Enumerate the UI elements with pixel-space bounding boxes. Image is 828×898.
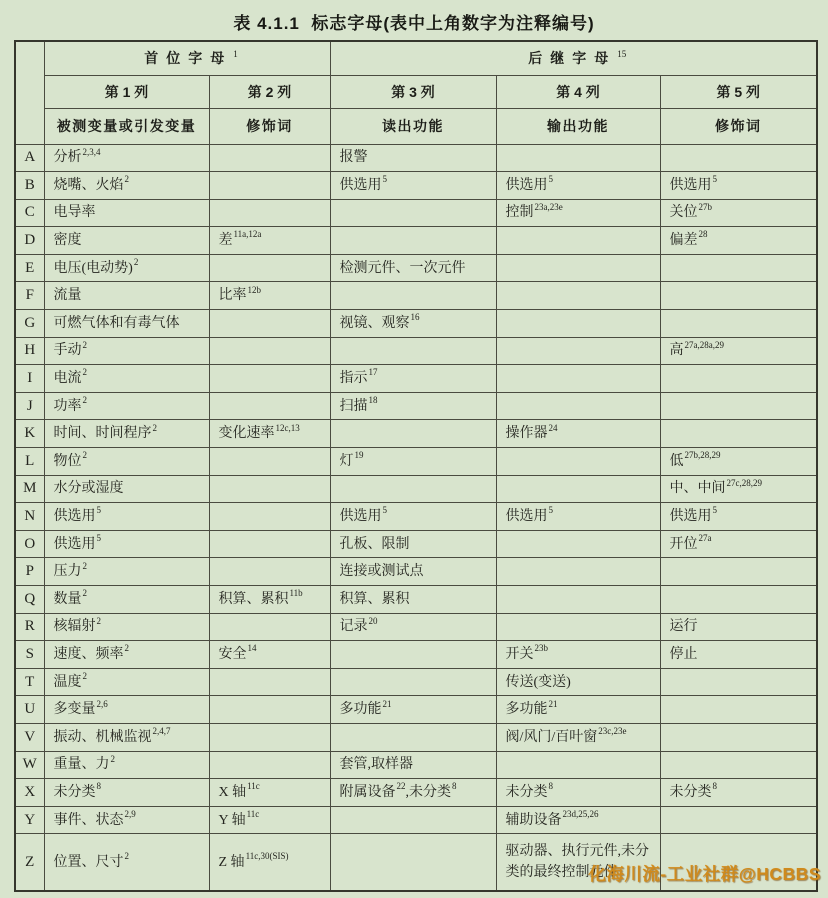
row-letter: P [15, 558, 44, 586]
cell-col3: 检测元件、一次元件 [330, 254, 496, 282]
cell-col5: 供选用5 [660, 503, 817, 531]
header-col-4: 第 4 列 [496, 75, 660, 108]
note-superscript: 2,9 [125, 809, 136, 819]
cell-col4: 辅助设备23d,25,26 [496, 806, 660, 834]
row-letter: L [15, 448, 44, 476]
cell-col4: 操作器24 [496, 420, 660, 448]
cell-col3: 连接或测试点 [330, 558, 496, 586]
note-superscript: 22 [397, 781, 406, 791]
row-letter: S [15, 641, 44, 669]
note-superscript: 28 [699, 229, 708, 239]
cell-col2 [209, 558, 330, 586]
cell-col2 [209, 530, 330, 558]
note-superscript: 5 [383, 505, 388, 515]
cell-col4 [496, 337, 660, 365]
table-row-X: X未分类8X 轴11c附属设备22,未分类8未分类8未分类8 [15, 779, 817, 807]
note-superscript: 20 [369, 616, 378, 626]
note-superscript: 2 [83, 367, 88, 377]
cell-col4 [496, 448, 660, 476]
cell-col5 [660, 365, 817, 393]
cell-col3 [330, 723, 496, 751]
cell-col2: 安全14 [209, 641, 330, 669]
row-letter: K [15, 420, 44, 448]
note-superscript: 2,6 [97, 699, 108, 709]
cell-col3: 积算、累积 [330, 586, 496, 614]
note-superscript: 5 [549, 174, 554, 184]
cell-col4 [496, 751, 660, 779]
cell-col4: 传送(变送) [496, 668, 660, 696]
cell-col4 [496, 613, 660, 641]
note-superscript: 27a,28a,29 [685, 340, 725, 350]
cell-col5: 高27a,28a,29 [660, 337, 817, 365]
cell-col3: 供选用5 [330, 503, 496, 531]
cell-col1: 未分类8 [44, 779, 209, 807]
cell-col5 [660, 144, 817, 172]
cell-col1: 手动2 [44, 337, 209, 365]
note-superscript: 5 [97, 505, 102, 515]
cell-col5: 运行 [660, 613, 817, 641]
table-row-R: R核辐射2记录20运行 [15, 613, 817, 641]
cell-col4: 控制23a,23e [496, 199, 660, 227]
cell-col4: 供选用5 [496, 172, 660, 200]
cell-col4 [496, 475, 660, 503]
header-desc-2: 修饰词 [209, 108, 330, 144]
cell-col5: 未分类8 [660, 779, 817, 807]
letter-column-header [15, 41, 44, 144]
cell-col3 [330, 227, 496, 255]
cell-col1: 位置、尺寸2 [44, 834, 209, 891]
note-superscript: 8 [452, 781, 457, 791]
header-succeeding-letters-label: 后继字母 [520, 50, 616, 66]
cell-col3 [330, 199, 496, 227]
note-superscript: 2 [83, 671, 88, 681]
note-superscript: 2 [83, 450, 88, 460]
cell-col1: 重量、力2 [44, 751, 209, 779]
cell-col4 [496, 586, 660, 614]
header-col-3: 第 3 列 [330, 75, 496, 108]
cell-col4: 供选用5 [496, 503, 660, 531]
note-superscript: 5 [713, 505, 718, 515]
table-row-B: B烧嘴、火焰2供选用5供选用5供选用5 [15, 172, 817, 200]
cell-col5 [660, 586, 817, 614]
cell-col1: 供选用5 [44, 503, 209, 531]
cell-col2 [209, 723, 330, 751]
cell-col4 [496, 558, 660, 586]
cell-col5: 停止 [660, 641, 817, 669]
cell-col1: 烧嘴、火焰2 [44, 172, 209, 200]
cell-col4 [496, 530, 660, 558]
header-first-letters-label: 首位字母 [136, 50, 232, 66]
note-superscript: 2 [83, 395, 88, 405]
note-superscript: 27a [699, 533, 712, 543]
cell-col3: 指示17 [330, 365, 496, 393]
cell-col4: 多功能21 [496, 696, 660, 724]
cell-col1: 数量2 [44, 586, 209, 614]
cell-col3: 报警 [330, 144, 496, 172]
note-superscript: 2 [97, 616, 102, 626]
cell-col1: 可燃气体和有毒气体 [44, 310, 209, 338]
cell-col2 [209, 310, 330, 338]
cell-col2 [209, 668, 330, 696]
row-letter: E [15, 254, 44, 282]
header-col-5: 第 5 列 [660, 75, 817, 108]
note-superscript: 2 [125, 643, 130, 653]
cell-col5 [660, 806, 817, 834]
table-row-S: S速度、频率2安全14开关23b停止 [15, 641, 817, 669]
cell-col5: 供选用5 [660, 172, 817, 200]
note-superscript: 2 [153, 423, 158, 433]
cell-col4 [496, 282, 660, 310]
cell-col2: 变化速率12c,13 [209, 420, 330, 448]
note-superscript: 11c [247, 781, 260, 791]
note-superscript: 27b [699, 202, 713, 212]
note-superscript: 23d,25,26 [563, 809, 599, 819]
cell-col3: 记录20 [330, 613, 496, 641]
cell-col1: 电导率 [44, 199, 209, 227]
table-row-Y: Y事件、状态2,9Y 轴11c辅助设备23d,25,26 [15, 806, 817, 834]
row-letter: X [15, 779, 44, 807]
table-row-T: T温度2传送(变送) [15, 668, 817, 696]
cell-col2 [209, 199, 330, 227]
cell-col1: 速度、频率2 [44, 641, 209, 669]
cell-col4 [496, 310, 660, 338]
cell-col2 [209, 696, 330, 724]
cell-col3 [330, 337, 496, 365]
note-superscript: 2 [125, 851, 130, 861]
cell-col2 [209, 503, 330, 531]
cell-col5 [660, 723, 817, 751]
cell-col2 [209, 448, 330, 476]
note-superscript: 8 [713, 781, 718, 791]
row-letter: W [15, 751, 44, 779]
cell-col3 [330, 834, 496, 891]
cell-col1: 时间、时间程序2 [44, 420, 209, 448]
cell-col4 [496, 144, 660, 172]
note-superscript: 2 [83, 340, 88, 350]
cell-col2: X 轴11c [209, 779, 330, 807]
cell-col1: 分析2,3,4 [44, 144, 209, 172]
row-letter: R [15, 613, 44, 641]
note-superscript: 2 [125, 174, 130, 184]
table-row-K: K时间、时间程序2变化速率12c,13操作器24 [15, 420, 817, 448]
row-letter: I [15, 365, 44, 393]
cell-col3 [330, 668, 496, 696]
cell-col1: 事件、状态2,9 [44, 806, 209, 834]
header-first-letters: 首位字母1 [44, 41, 330, 75]
row-letter: N [15, 503, 44, 531]
cell-col2: Z 轴11c,30(SIS) [209, 834, 330, 891]
table-row-H: H手动2高27a,28a,29 [15, 337, 817, 365]
note-superscript: 16 [411, 312, 420, 322]
cell-col2 [209, 144, 330, 172]
cell-col4: 未分类8 [496, 779, 660, 807]
table-row-G: G可燃气体和有毒气体视镜、观察16 [15, 310, 817, 338]
cell-col2: 差11a,12a [209, 227, 330, 255]
cell-col2 [209, 365, 330, 393]
cell-col2: 比率12b [209, 282, 330, 310]
table-row-L: L物位2灯19低27b,28,29 [15, 448, 817, 476]
row-letter: O [15, 530, 44, 558]
row-letter: D [15, 227, 44, 255]
cell-col5 [660, 282, 817, 310]
cell-col4: 阀/风门/百叶窗23c,23e [496, 723, 660, 751]
note-superscript: 5 [549, 505, 554, 515]
note-superscript: 5 [97, 533, 102, 543]
cell-col5 [660, 392, 817, 420]
note-superscript: 11c,30(SIS) [246, 851, 289, 861]
note-superscript: 21 [383, 699, 392, 709]
cell-col5: 开位27a [660, 530, 817, 558]
header-desc-4: 输出功能 [496, 108, 660, 144]
table-row-P: P压力2连接或测试点 [15, 558, 817, 586]
cell-col5: 偏差28 [660, 227, 817, 255]
note-superscript: 23c,23e [598, 726, 626, 736]
cell-col1: 振动、机械监视2,4,7 [44, 723, 209, 751]
table-header: 首位字母1 后继字母15 第 1 列 第 2 列 第 3 列 第 4 列 第 5… [15, 41, 817, 144]
row-letter: F [15, 282, 44, 310]
page-title: 表 4.1.1 标志字母(表中上角数字为注释编号) [0, 9, 828, 34]
cell-col1: 温度2 [44, 668, 209, 696]
row-letter: Z [15, 834, 44, 891]
tag-letter-table: 首位字母1 后继字母15 第 1 列 第 2 列 第 3 列 第 4 列 第 5… [14, 40, 818, 892]
row-letter: U [15, 696, 44, 724]
cell-col3 [330, 806, 496, 834]
cell-col5 [660, 420, 817, 448]
note-superscript: 12c,13 [276, 423, 300, 433]
header-col-1: 第 1 列 [44, 75, 209, 108]
cell-col5 [660, 254, 817, 282]
cell-col5 [660, 696, 817, 724]
row-letter: T [15, 668, 44, 696]
note-superscript: 8 [549, 781, 554, 791]
cell-col1: 多变量2,6 [44, 696, 209, 724]
table-row-M: M水分或湿度中、中间27c,28,29 [15, 475, 817, 503]
note-superscript: 2 [83, 588, 88, 598]
cell-col3 [330, 475, 496, 503]
row-letter: B [15, 172, 44, 200]
cell-col3: 灯19 [330, 448, 496, 476]
cell-col1: 流量 [44, 282, 209, 310]
row-letter: V [15, 723, 44, 751]
header-group-row: 首位字母1 后继字母15 [15, 41, 817, 75]
note-superscript: 11a,12a [234, 229, 262, 239]
cell-col5: 中、中间27c,28,29 [660, 475, 817, 503]
table-row-U: U多变量2,6多功能21多功能21 [15, 696, 817, 724]
header-desc-5: 修饰词 [660, 108, 817, 144]
cell-col1: 供选用5 [44, 530, 209, 558]
cell-col1: 密度 [44, 227, 209, 255]
note-superscript: 11c [247, 809, 260, 819]
note-superscript: 5 [383, 174, 388, 184]
table-row-I: I电流2指示17 [15, 365, 817, 393]
watermark: 化海川流-工业社群@HCBBS [588, 861, 821, 886]
note-superscript: 11b [290, 588, 303, 598]
cell-col3: 扫描18 [330, 392, 496, 420]
cell-col2: Y 轴11c [209, 806, 330, 834]
table-row-F: F流量比率12b [15, 282, 817, 310]
header-desc-3: 读出功能 [330, 108, 496, 144]
note-superscript: 14 [248, 643, 257, 653]
cell-col3: 视镜、观察16 [330, 310, 496, 338]
table-row-C: C电导率控制23a,23e关位27b [15, 199, 817, 227]
cell-col2 [209, 392, 330, 420]
row-letter: G [15, 310, 44, 338]
note-superscript: 23a,23e [535, 202, 563, 212]
table-body: A分析2,3,4报警B烧嘴、火焰2供选用5供选用5供选用5C电导率控制23a,2… [15, 144, 817, 891]
note-superscript: 5 [713, 174, 718, 184]
row-letter: C [15, 199, 44, 227]
note-superscript: 2 [111, 754, 116, 764]
row-letter: Y [15, 806, 44, 834]
note-superscript: 8 [97, 781, 102, 791]
cell-col1: 核辐射2 [44, 613, 209, 641]
note-superscript: 23b [535, 643, 549, 653]
cell-col5: 低27b,28,29 [660, 448, 817, 476]
cell-col5 [660, 558, 817, 586]
cell-col1: 功率2 [44, 392, 209, 420]
note-superscript: 2,4,7 [153, 726, 171, 736]
note-superscript: 21 [549, 699, 558, 709]
cell-col4 [496, 227, 660, 255]
note-superscript: 27c,28,29 [727, 478, 763, 488]
cell-col5 [660, 668, 817, 696]
cell-col2 [209, 172, 330, 200]
cell-col2 [209, 475, 330, 503]
cell-col1: 电流2 [44, 365, 209, 393]
note-superscript: 2,3,4 [83, 147, 101, 157]
cell-col1: 压力2 [44, 558, 209, 586]
cell-col2 [209, 254, 330, 282]
header-column-number-row: 第 1 列 第 2 列 第 3 列 第 4 列 第 5 列 [15, 75, 817, 108]
note-superscript: 1 [233, 49, 238, 59]
table-row-E: E电压(电动势)2检测元件、一次元件 [15, 254, 817, 282]
header-succeeding-letters: 后继字母15 [330, 41, 817, 75]
table-row-J: J功率2扫描18 [15, 392, 817, 420]
table-row-O: O供选用5孔板、限制开位27a [15, 530, 817, 558]
cell-col4 [496, 254, 660, 282]
cell-col3: 孔板、限制 [330, 530, 496, 558]
cell-col3 [330, 641, 496, 669]
cell-col5 [660, 751, 817, 779]
cell-col4: 开关23b [496, 641, 660, 669]
note-superscript: 15 [617, 49, 626, 59]
note-superscript: 27b,28,29 [685, 450, 721, 460]
cell-col4 [496, 392, 660, 420]
row-letter: H [15, 337, 44, 365]
cell-col3: 套管,取样器 [330, 751, 496, 779]
note-superscript: 17 [369, 367, 378, 377]
cell-col1: 物位2 [44, 448, 209, 476]
note-superscript: 18 [369, 395, 378, 405]
row-letter: Q [15, 586, 44, 614]
cell-col4 [496, 365, 660, 393]
header-col-2: 第 2 列 [209, 75, 330, 108]
note-superscript: 2 [83, 561, 88, 571]
note-superscript: 12b [248, 285, 262, 295]
note-superscript: 24 [549, 423, 558, 433]
table-row-A: A分析2,3,4报警 [15, 144, 817, 172]
cell-col2 [209, 613, 330, 641]
table-row-D: D密度差11a,12a偏差28 [15, 227, 817, 255]
table-row-W: W重量、力2套管,取样器 [15, 751, 817, 779]
note-superscript: 2 [134, 257, 139, 267]
header-desc-1: 被测变量或引发变量 [44, 108, 209, 144]
row-letter: M [15, 475, 44, 503]
cell-col2 [209, 751, 330, 779]
cell-col3: 供选用5 [330, 172, 496, 200]
cell-col2: 积算、累积11b [209, 586, 330, 614]
row-letter: A [15, 144, 44, 172]
cell-col3 [330, 420, 496, 448]
cell-col1: 水分或湿度 [44, 475, 209, 503]
note-superscript: 19 [355, 450, 364, 460]
cell-col5: 关位27b [660, 199, 817, 227]
table-row-Q: Q数量2积算、累积11b积算、累积 [15, 586, 817, 614]
table-row-N: N供选用5供选用5供选用5供选用5 [15, 503, 817, 531]
cell-col2 [209, 337, 330, 365]
cell-col3: 附属设备22,未分类8 [330, 779, 496, 807]
table-row-V: V振动、机械监视2,4,7阀/风门/百叶窗23c,23e [15, 723, 817, 751]
cell-col1: 电压(电动势)2 [44, 254, 209, 282]
row-letter: J [15, 392, 44, 420]
cell-col3 [330, 282, 496, 310]
cell-col5 [660, 310, 817, 338]
cell-col3: 多功能21 [330, 696, 496, 724]
header-description-row: 被测变量或引发变量 修饰词 读出功能 输出功能 修饰词 [15, 108, 817, 144]
